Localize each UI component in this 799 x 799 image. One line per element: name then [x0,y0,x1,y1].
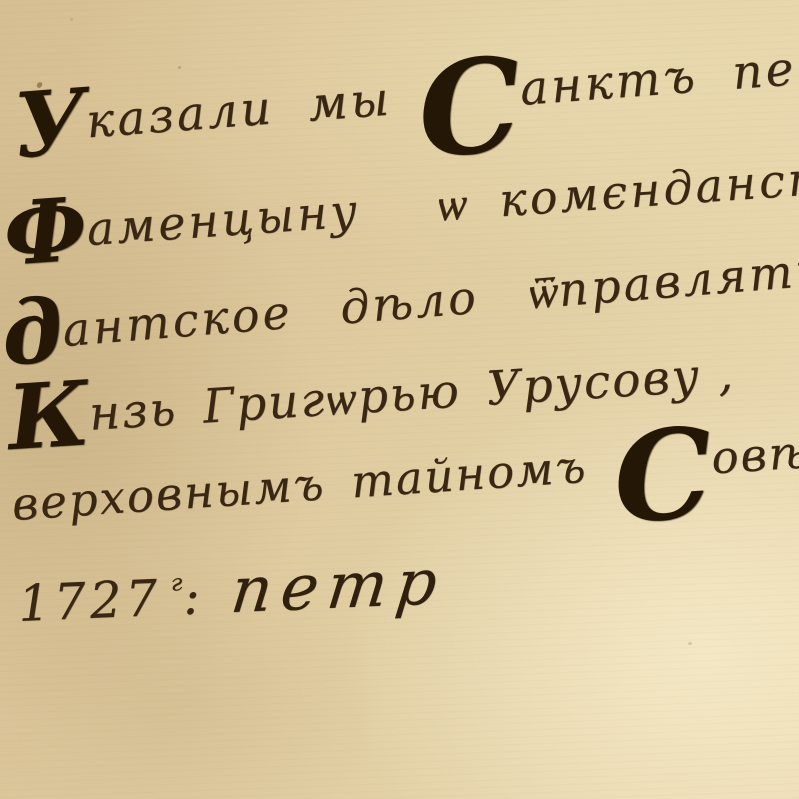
line-5-text-2b: овѣтѣ [710,419,799,484]
line-1-initial-2: С [413,29,527,187]
line-4-initial: К [5,361,93,471]
line-4-text-2: Григѡрью [201,364,462,435]
signature-petr: петр [228,550,449,622]
manuscript-line-6: 1727г:петр [17,550,447,631]
line-2-initial: Ф [0,177,90,286]
line-5-text-1: верховнымъ [10,457,327,531]
manuscript-photo: Указали мыСанктъ петерб Фаменцынуѡ комєн… [0,0,799,799]
paper-speck [178,66,181,69]
line-3-text-1: антское [60,285,294,357]
paper-speck [70,18,73,21]
line-2-text-1: аменцыну [85,183,362,256]
line-1-initial: У [10,69,90,179]
manuscript-line-1: Указали мыСанктъ петерб [12,35,799,151]
line-1-text-1: казали мы [84,72,393,150]
date-1727: 1727 [17,569,163,633]
line-3-text-2: дѣло [338,270,481,335]
manuscript-line-2: Фаменцынуѡ комєнданстпа [2,150,799,258]
line-5-initial: С [609,401,717,552]
colon-mark: : [182,567,205,626]
line-5-text-2: тайномъ [349,440,589,509]
line-4-text-1: нзь [87,381,178,441]
paper-speck [688,642,692,645]
line-3-text-3: ѿправлять [524,242,799,320]
manuscript-line-3: дантскоедѣлоѿправлять [0,246,799,358]
line-1-text-2: анктъ петерб [518,31,799,117]
